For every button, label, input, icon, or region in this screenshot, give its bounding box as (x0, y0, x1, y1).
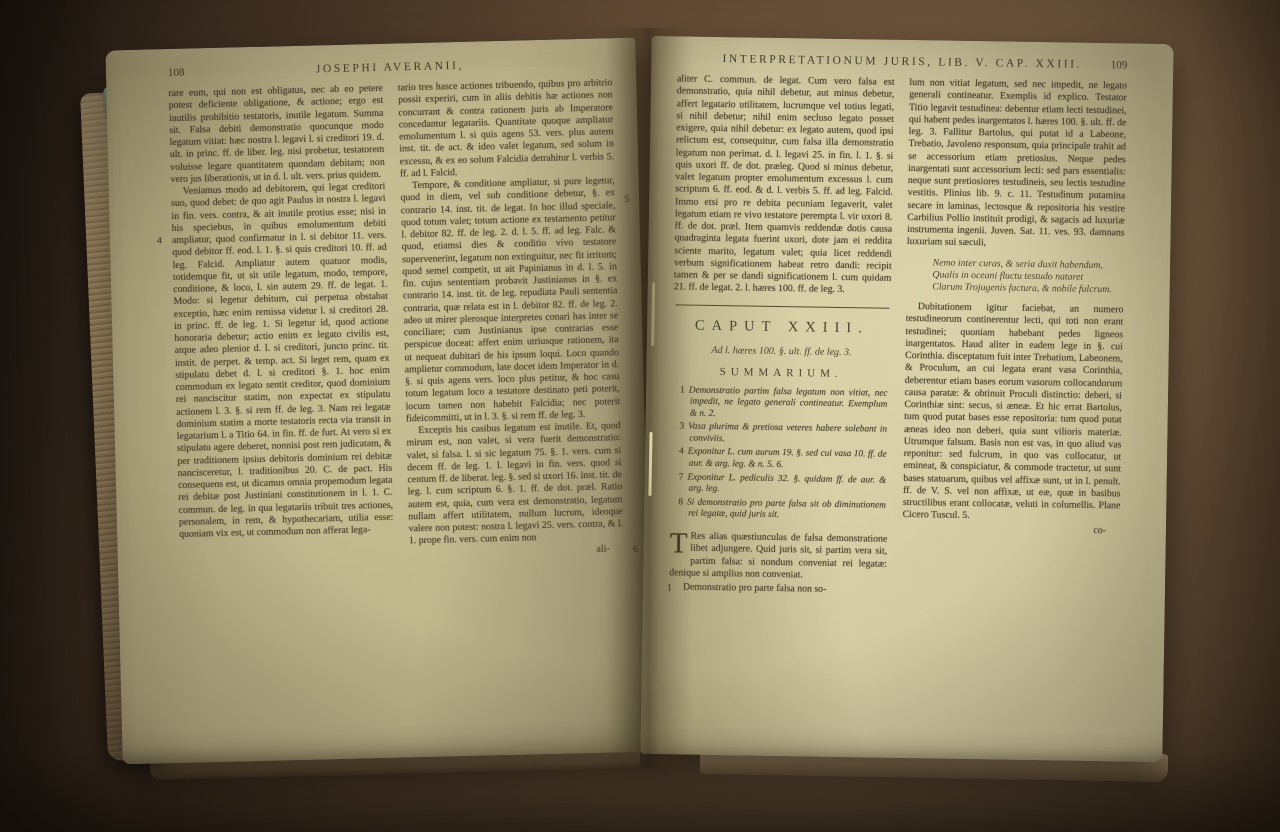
paragraph: Exceptis his casibus legatum est inutile… (406, 420, 623, 548)
right-page: INTERPRETATIONUM JURIS, LIB. V. CAP. XXI… (640, 36, 1173, 762)
right-running-title: INTERPRETATIONUM JURIS, LIB. V. CAP. XXI… (711, 53, 1093, 71)
left-running-spacer (578, 65, 612, 66)
left-column-1: 4 rare eum, qui non est obligatus, nec a… (168, 83, 394, 566)
summarium-item-text: Vasa plurima & pretiosa veteres habere s… (688, 422, 887, 444)
summarium-item: 8Si demonstratio pro parte falsa sit ob … (672, 497, 886, 524)
left-page-number: 108 (168, 66, 202, 79)
left-running-title: JOSEPHI AVERANII, (202, 57, 578, 78)
summarium-item-number: 1 (680, 385, 689, 395)
catchword: co- (902, 522, 1120, 537)
chapter-section: CAPUT XXIII. Ad l. hæres 100. §. ult. ff… (672, 304, 889, 524)
summarium-item: 1Demonstratio partim falsa legatum non v… (674, 385, 888, 423)
summarium-item-number: 7 (679, 472, 688, 482)
first-numbered-paragraph: 1 Demonstratio pro parte falsa non so- (669, 581, 887, 597)
paragraph: rare eum, qui non est obligatus, nec ab … (168, 83, 385, 186)
verse-line: Clarum Trojugenis factura, & nobile fulc… (932, 281, 1124, 296)
margin-number-5: 5 (624, 195, 629, 205)
margin-number-1: 1 (667, 582, 672, 594)
right-running-spacer (677, 61, 711, 62)
incipit-text: Res alias quæstiunculas de falsa demonst… (669, 531, 887, 581)
right-page-number: 109 (1093, 59, 1127, 72)
paragraph: aliter C. commun. de legat. Cum vero fal… (674, 73, 895, 297)
paragraph: Veniamus modo ad debitorem, qui legat cr… (171, 181, 394, 541)
left-page: 108 JOSEPHI AVERANII, 4 rare eum, qui no… (105, 38, 652, 765)
chapter-subtitle: Ad l. hæres 100. §. ult. ff. de leg. 3. (675, 344, 889, 358)
verse-quotation: Nemo inter curas, & seria duxit habendum… (932, 257, 1124, 297)
summarium-item: 4Exponitur L. cum aurum 19. §. sed cui v… (673, 447, 887, 474)
left-running-head: 108 JOSEPHI AVERANII, (168, 56, 612, 79)
drop-cap-initial: T (670, 530, 691, 555)
summarium-item-text: Exponitur L. cum aurum 19. §. sed cui va… (688, 447, 887, 470)
margin-number-4: 4 (157, 236, 162, 246)
summarium-heading: SUMMARIUM. (674, 365, 888, 380)
paragraph: Tempore, & conditione ampliatur, si pure… (400, 175, 620, 425)
summarium-item-text: Si demonstratio pro parte falsa sit ob d… (687, 497, 886, 520)
left-column-2: 5 6 tario tres hasce actiones tribuendo,… (398, 77, 624, 560)
margin-number-6: 6 (633, 545, 638, 555)
paragraph: lum non vitiat legatum, sed nec impedit,… (907, 77, 1127, 252)
summarium-item: 3Vasa plurima & pretiosa veteres habere … (673, 422, 887, 449)
right-column-1: aliter C. commun. de legat. Cum vero fal… (669, 73, 895, 597)
paragraph: Dubitationem igitur faciebat, an numero … (903, 301, 1124, 525)
right-columns: aliter C. commun. de legat. Cum vero fal… (669, 73, 1127, 600)
summarium-item-number: 8 (678, 497, 687, 507)
summarium-item-number: 4 (679, 447, 688, 457)
left-page-inner: 108 JOSEPHI AVERANII, 4 rare eum, qui no… (105, 38, 652, 765)
summarium-item-number: 3 (679, 422, 688, 432)
summarium-item: 7Exponitur L. pediculis 32. §. quidam ff… (672, 472, 886, 499)
left-columns: 4 rare eum, qui non est obligatus, nec a… (168, 77, 624, 565)
paragraph: tario tres hasce actiones tribuendo, qui… (398, 77, 615, 180)
chapter-heading: CAPUT XXIII. (675, 317, 889, 337)
right-running-head: INTERPRETATIONUM JURIS, LIB. V. CAP. XXI… (677, 52, 1127, 71)
summarium-item-text: Exponitur L. pediculis 32. §. quidam ff.… (687, 472, 886, 494)
right-column-2: lum non vitiat legatum, sed nec impedit,… (901, 77, 1127, 601)
incipit-paragraph: TRes alias quæstiunculas de falsa demons… (669, 530, 887, 582)
right-page-inner: INTERPRETATIONUM JURIS, LIB. V. CAP. XXI… (640, 36, 1173, 762)
summarium-item-text: Demonstratio partim falsa legatum non vi… (689, 385, 888, 419)
first-numbered-paragraph-text: Demonstratio pro parte falsa non so- (669, 581, 827, 596)
